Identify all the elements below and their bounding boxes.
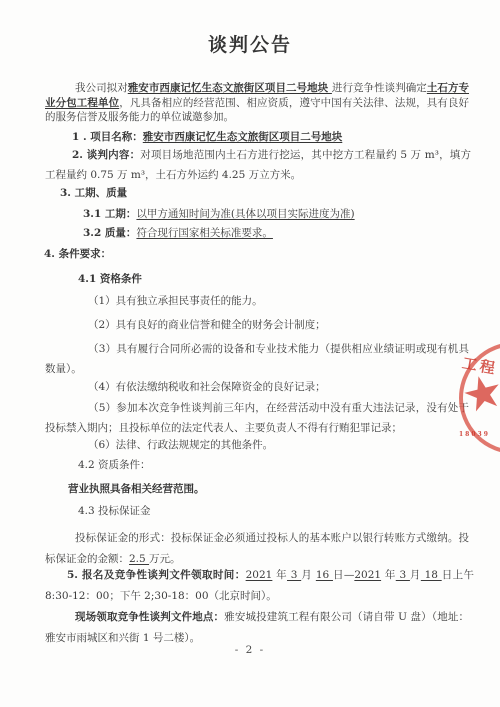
condition-3: （3）具有履行合同所必需的设备和专业技术能力（提供相应业绩证明或现有机具数量）。 [45,340,469,379]
section-4-3-bid-bond: 4.3 投标保证金 [78,504,151,519]
section-4-2-credentials: 4.2 资质条件： [78,458,151,473]
seal-serial-number: 18039 [459,431,490,438]
negotiation-content-paragraph: 2. 谈判内容：对项目场地范围内土石方进行挖运，其中挖方工程量约 5 万 m³，… [45,146,471,185]
condition-2: （2）具有良好的商业信誉和健全的财务会计制度； [88,318,326,333]
section-3-2-quality: 3.2 质量：符合现行国家相关标准要求。 [83,226,273,241]
registration-time-paragraph: 5. 报名及竞争性谈判文件领取时间：2021 年 3 月 16 日—2021 年… [45,565,474,606]
condition-5: （5）参加本次竞争性谈判前三年内，在经营活动中没有重大违法记录，没有处于投标禁入… [45,399,469,438]
project-name-line: 1 . 项目名称：雅安市西康记忆生态文旅街区项目二号地块 [45,130,475,145]
scanned-document-page: 谈判公告 我公司拟对雅安市西康记忆生态文旅街区项目二号地块 进行竞争性谈判确定土… [0,0,500,707]
intro-paragraph: 我公司拟对雅安市西康记忆生态文旅街区项目二号地块 进行竞争性谈判确定土石方专业分… [45,81,469,125]
section-4-1-qualification: 4.1 资格条件 [78,272,142,287]
section-4-heading: 4. 条件要求： [44,247,111,262]
section-3-heading: 3. 工期、质量 [60,186,127,201]
condition-1: （1）具有独立承担民事责任的能力。 [88,294,263,309]
page-title: 谈判公告 [0,38,500,53]
condition-4: （4）有依法缴纳税收和社会保障资金的良好记录； [88,380,326,395]
bid-bond-paragraph: 投标保证金的形式：投标保证金必须通过投标人的基本账户以银行转账方式缴纳。投标保证… [45,528,469,569]
document-pickup-paragraph: 现场领取竞争性谈判文件地点：雅安城投建筑工程有限公司（请自带 U 盘）（地址：雅… [45,607,469,648]
page-number: - 2 - [0,643,500,658]
business-license-line: 营业执照具备相关经营范围。 [68,482,205,497]
red-seal-partial: 工程 ★ 18039 [453,338,500,460]
condition-6: （6）法律、行政法规规定的其他条件。 [88,438,273,453]
section-3-1-duration: 3.1 工期：以甲方通知时间为准(具体以项目实际进度为准) [83,207,355,222]
